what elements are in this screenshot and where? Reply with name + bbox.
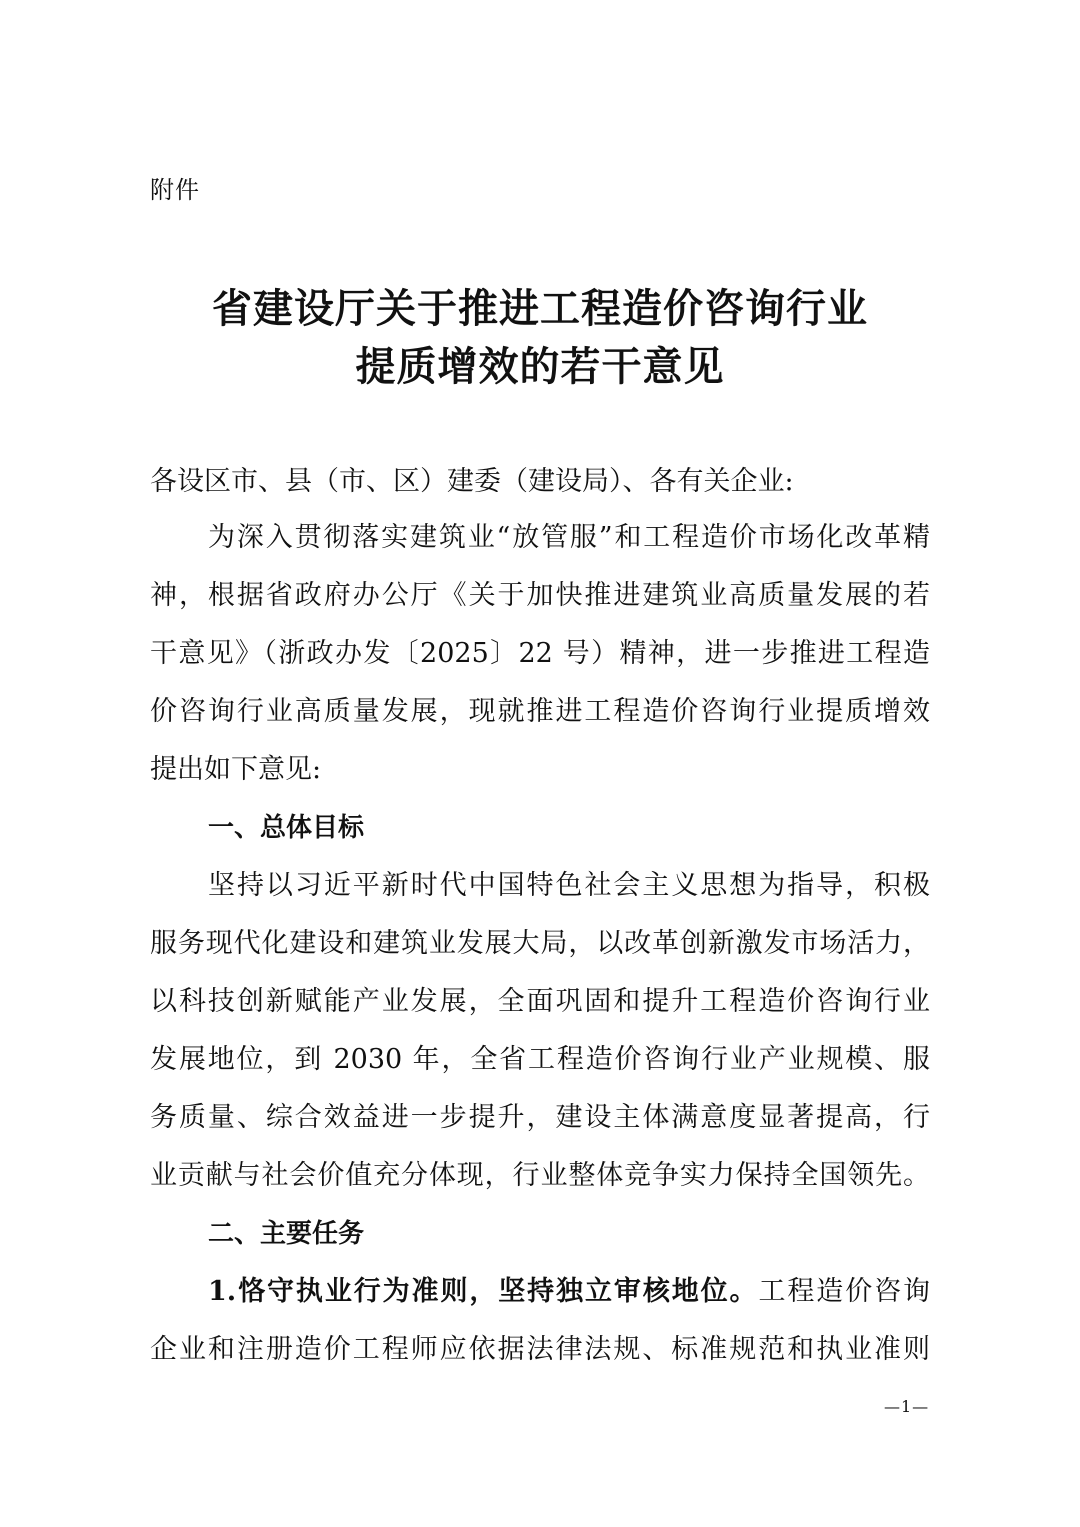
document-title-line-2: 提质增效的若干意见 (0, 335, 1080, 392)
section1-line: 业贡献与社会价值充分体现，行业整体竞争实力保持全国领先。 (150, 1156, 930, 1196)
section1-line: 发展地位，到 2030 年，全省工程造价咨询行业产业规模、服 (150, 1040, 930, 1080)
intro-line: 干意见》（浙政办发〔2025〕22 号）精神，进一步推进工程造 (150, 634, 930, 674)
intro-line: 价咨询行业高质量发展，现就推进工程造价咨询行业提质增效 (150, 692, 930, 732)
task-item-1-line-2: 企业和注册造价工程师应依据法律法规、标准规范和执业准则 (150, 1330, 930, 1370)
section1-line: 服务现代化建设和建筑业发展大局，以改革创新激发市场活力， (150, 924, 930, 964)
section-heading-main-tasks: 二、主要任务 (208, 1214, 364, 1254)
intro-line: 提出如下意见: (150, 750, 930, 790)
task-item-1-text: 工程造价咨询 (758, 1276, 930, 1307)
document-title-line-1: 省建设厅关于推进工程造价咨询行业 (0, 277, 1080, 334)
page-number: —1— (884, 1397, 929, 1416)
intro-line: 神，根据省政府办公厅《关于加快推进建筑业高质量发展的若 (150, 576, 930, 616)
intro-line: 为深入贯彻落实建筑业“放管服”和工程造价市场化改革精 (208, 518, 930, 558)
section1-line: 以科技创新赋能产业发展，全面巩固和提升工程造价咨询行业 (150, 982, 930, 1022)
salutation: 各设区市、县（市、区）建委（建设局）、各有关企业: (150, 462, 930, 502)
attachment-label: 附件 (150, 170, 200, 205)
section1-line: 坚持以习近平新时代中国特色社会主义思想为指导，积极 (208, 866, 930, 906)
task-item-1-line-1: 1.恪守执业行为准则，坚持独立审核地位。工程造价咨询 (208, 1272, 930, 1312)
task-item-1-title: 1.恪守执业行为准则，坚持独立审核地位。 (208, 1276, 758, 1307)
section-heading-overall-goal: 一、总体目标 (208, 808, 364, 848)
section1-line: 务质量、综合效益进一步提升，建设主体满意度显著提高，行 (150, 1098, 930, 1138)
